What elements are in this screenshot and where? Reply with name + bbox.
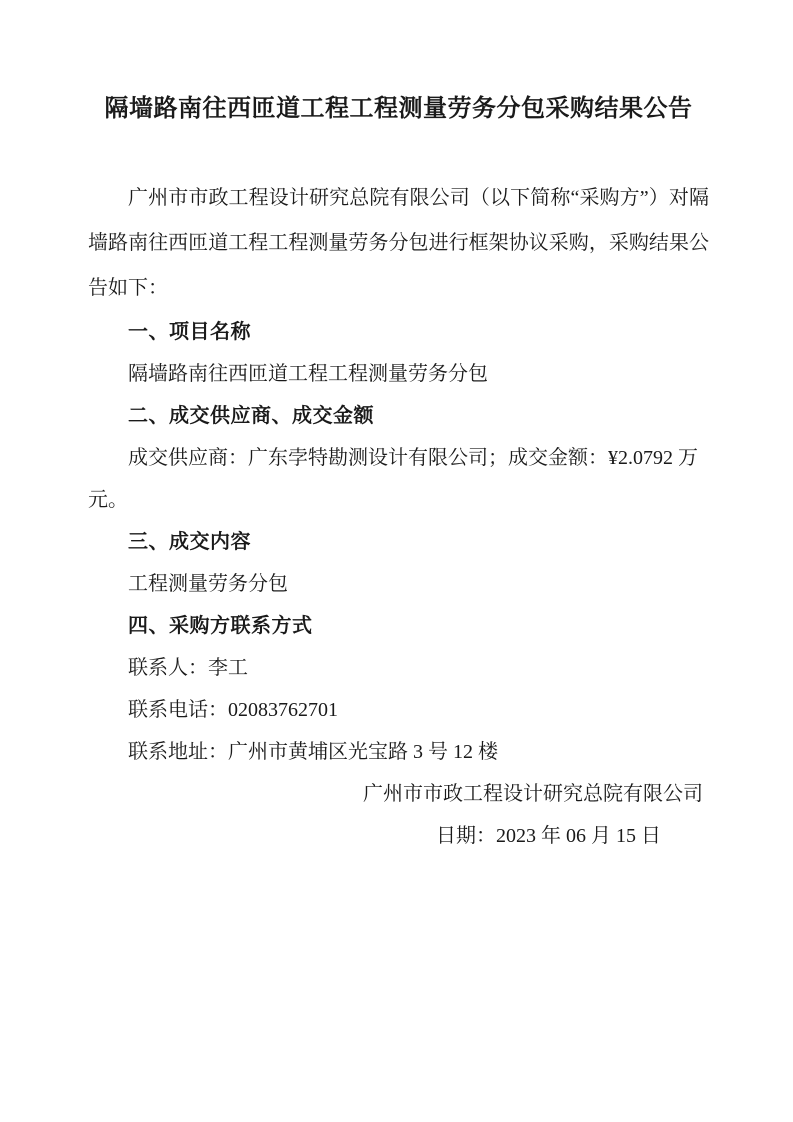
document-title: 隔墙路南往西匝道工程工程测量劳务分包采购结果公告 [88, 92, 709, 126]
section-heading-content: 三、成交内容 [88, 521, 709, 563]
contact-address-line: 联系地址：广州市黄埔区光宝路 3 号 12 楼 [88, 731, 709, 773]
section-heading-contact-info: 四、采购方联系方式 [88, 605, 709, 647]
section-body-supplier-amount: 成交供应商：广东孛特勘测设计有限公司；成交金额：¥2.0792 万元。 [88, 437, 709, 521]
intro-paragraph: 广州市市政工程设计研究总院有限公司（以下简称“采购方”）对隔墙路南往西匝道工程工… [88, 176, 709, 311]
contact-person-line: 联系人：李工 [88, 647, 709, 689]
section-heading-supplier-amount: 二、成交供应商、成交金额 [88, 395, 709, 437]
contact-phone-line: 联系电话：02083762701 [88, 689, 709, 731]
section-heading-project-name: 一、项目名称 [88, 311, 709, 353]
signature-block: 广州市市政工程设计研究总院有限公司 日期：2023 年 06 月 15 日 [88, 773, 709, 857]
signature-company: 广州市市政工程设计研究总院有限公司 [88, 773, 709, 815]
section-body-content: 工程测量劳务分包 [88, 563, 709, 605]
signature-date: 日期：2023 年 06 月 15 日 [88, 815, 709, 857]
document-page: 隔墙路南往西匝道工程工程测量劳务分包采购结果公告 广州市市政工程设计研究总院有限… [0, 0, 793, 1122]
section-body-project-name: 隔墙路南往西匝道工程工程测量劳务分包 [88, 353, 709, 395]
